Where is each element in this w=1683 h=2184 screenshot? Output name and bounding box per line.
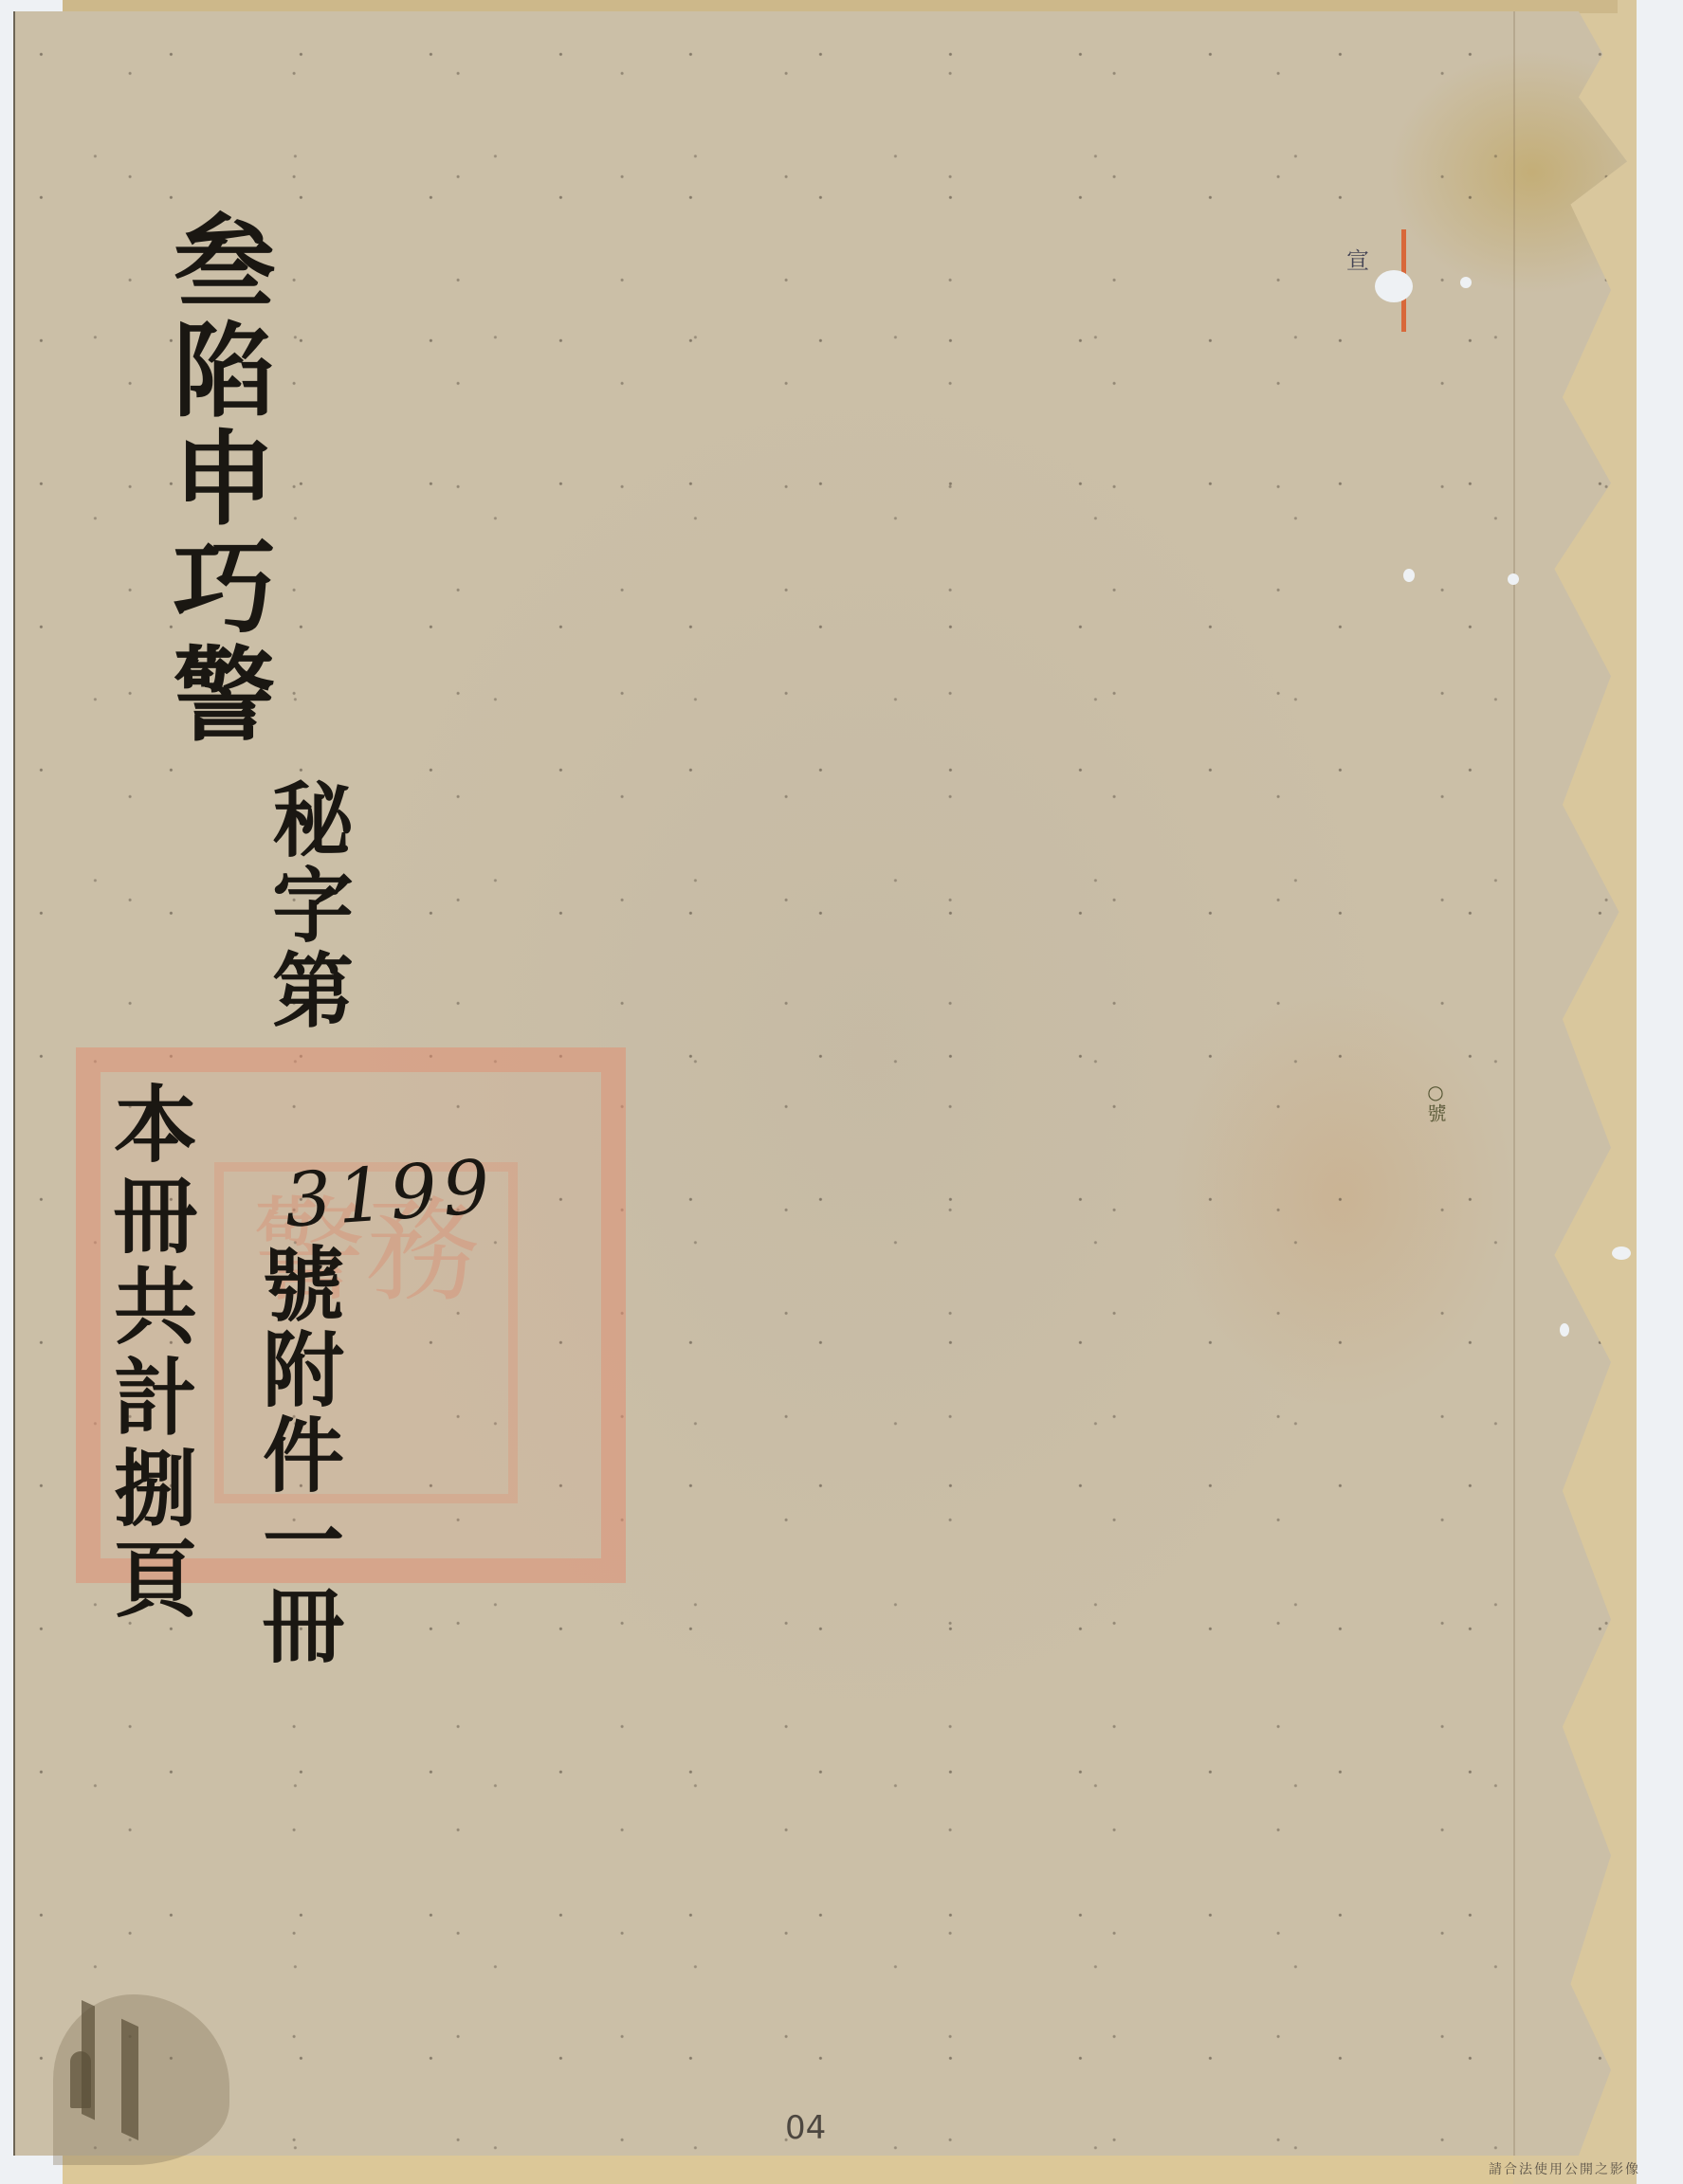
paper-hole <box>1612 1247 1631 1260</box>
handwritten-title-column: 叁陷申巧警 <box>142 209 289 749</box>
paper-hole <box>1375 270 1413 302</box>
usage-notice: 請合法使用公開之影像 <box>1489 2159 1640 2178</box>
document-number: 3199 <box>282 1144 498 1244</box>
paper-hole <box>1560 1323 1569 1337</box>
handwritten-reference-column: 秘字第 <box>247 777 364 1033</box>
backing-sheet-top-edge <box>63 0 1618 13</box>
paper-hole <box>1403 569 1415 582</box>
margin-small-mark: ○號 <box>1422 1081 1450 1122</box>
page-number-mark: 04 <box>785 2109 826 2147</box>
fold-crease <box>1513 11 1515 2156</box>
paper-hole <box>1508 573 1519 585</box>
page-count-note: 本冊共計捌頁 <box>90 1081 210 1627</box>
keyhole-icon <box>70 2051 91 2108</box>
handwritten-attachment-column: 號附件一冊 <box>237 1242 355 1668</box>
margin-stamp-mark: 宣 <box>1346 242 1369 275</box>
paper-hole <box>1460 277 1472 288</box>
